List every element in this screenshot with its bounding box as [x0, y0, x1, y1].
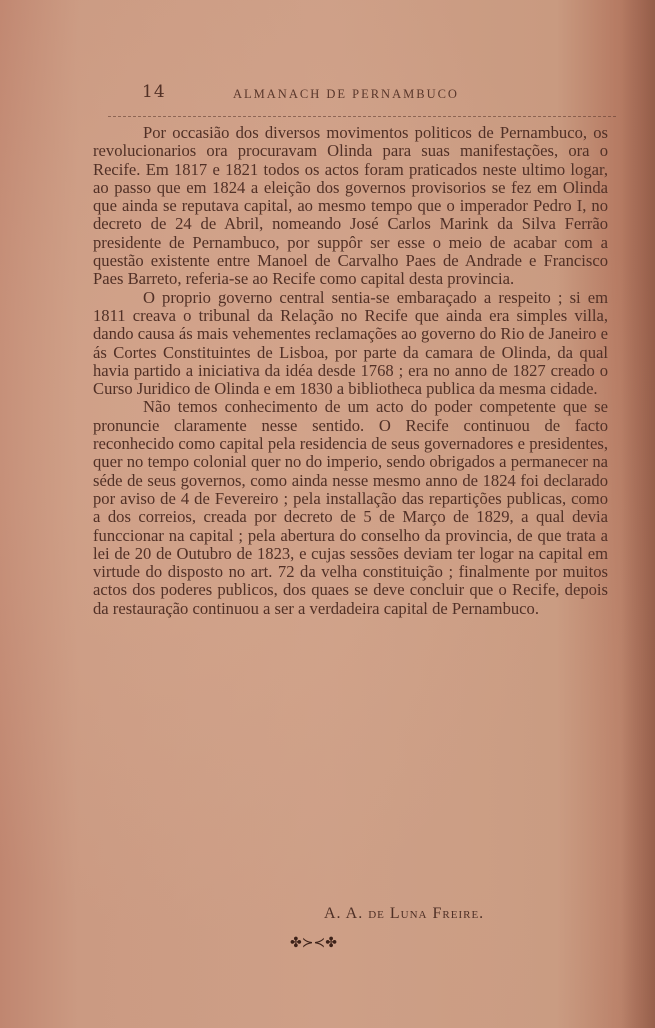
fleuron-ornament-icon: ✤≻≺✤ [290, 935, 337, 951]
page-spine-shadow [621, 0, 655, 1028]
page-header: 14 ALMANACH DE PERNAMBUCO [137, 82, 617, 106]
running-title: ALMANACH DE PERNAMBUCO [233, 87, 459, 102]
paragraph-3: Não temos conhecimento de um acto do pod… [93, 398, 608, 618]
header-rule-divider [108, 116, 616, 117]
paragraph-2: O proprio governo central sentia-se emba… [93, 289, 608, 399]
author-signature: A. A. de Luna Freire. [324, 905, 484, 923]
article-body: Por occasião dos diversos movimentos pol… [93, 124, 608, 618]
paragraph-1: Por occasião dos diversos movimentos pol… [93, 124, 608, 289]
page-number: 14 [142, 82, 166, 102]
